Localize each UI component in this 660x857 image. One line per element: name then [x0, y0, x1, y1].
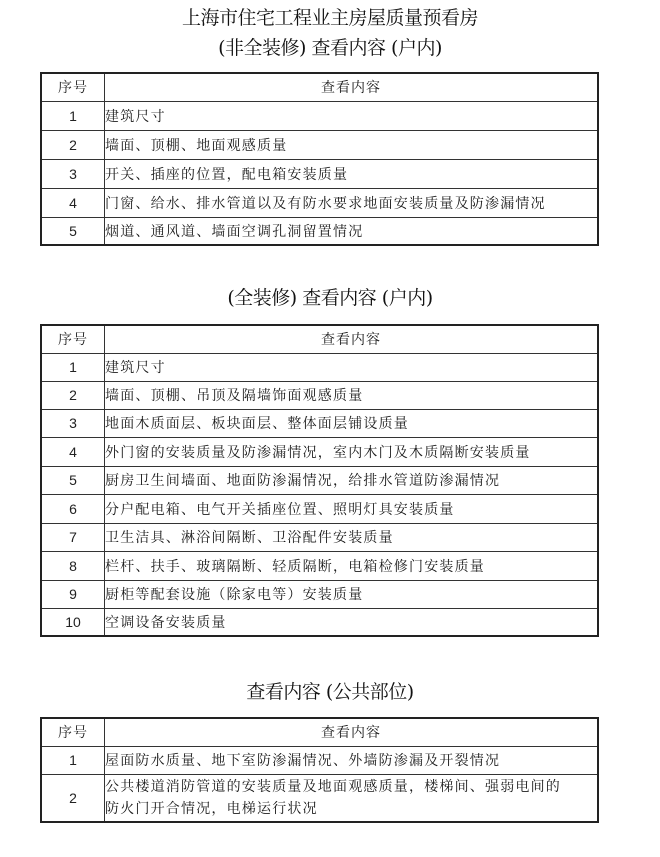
table-row: 2 墙面、顶棚、吊顶及隔墙饰面观感质量	[41, 381, 598, 409]
table-row: 7 卫生洁具、淋浴间隔断、卫浴配件安装质量	[41, 523, 598, 551]
row-content: 地面木质面层、板块面层、整体面层铺设质量	[105, 409, 599, 437]
row-content: 厨房卫生间墙面、地面防渗漏情况，给排水管道防渗漏情况	[105, 466, 599, 494]
section-heading-non-furnished: (非全装修) 查看内容 (户内)	[0, 36, 660, 60]
table-row: 6 分户配电箱、电气开关插座位置、照明灯具安装质量	[41, 494, 598, 523]
table-header-row: 序号 查看内容	[41, 325, 598, 353]
row-number: 3	[41, 409, 105, 437]
row-number: 2	[41, 774, 105, 822]
table-row: 1 建筑尺寸	[41, 101, 598, 130]
column-header-content: 查看内容	[105, 325, 599, 353]
table-row: 4 门窗、给水、排水管道以及有防水要求地面安装质量及防渗漏情况	[41, 188, 598, 217]
row-content: 墙面、顶棚、地面观感质量	[105, 130, 599, 159]
row-content: 厨柜等配套设施（除家电等）安装质量	[105, 580, 599, 608]
row-number: 2	[41, 130, 105, 159]
row-content-line-1: 公共楼道消防管道的安装质量及地面观感质量，楼梯间、强弱电间的	[105, 776, 597, 798]
table-row: 4 外门窗的安装质量及防渗漏情况，室内木门及木质隔断安装质量	[41, 437, 598, 466]
column-header-number: 序号	[41, 718, 105, 746]
row-content: 烟道、通风道、墙面空调孔洞留置情况	[105, 217, 599, 245]
row-number: 6	[41, 494, 105, 523]
section-heading-furnished: (全装修) 查看内容 (户内)	[0, 286, 660, 310]
document-title: 上海市住宅工程业主房屋质量预看房	[0, 6, 660, 30]
row-number: 1	[41, 101, 105, 130]
row-content-line-2: 防火门开合情况，电梯运行状况	[105, 798, 597, 820]
table-furnished-indoor: 序号 查看内容 1 建筑尺寸 2 墙面、顶棚、吊顶及隔墙饰面观感质量 3 地面木…	[40, 324, 599, 637]
row-content: 公共楼道消防管道的安装质量及地面观感质量，楼梯间、强弱电间的 防火门开合情况，电…	[105, 774, 599, 822]
table-row: 5 烟道、通风道、墙面空调孔洞留置情况	[41, 217, 598, 245]
row-number: 7	[41, 523, 105, 551]
column-header-content: 查看内容	[105, 73, 599, 101]
table-row: 1 屋面防水质量、地下室防渗漏情况、外墙防渗漏及开裂情况	[41, 746, 598, 774]
row-number: 4	[41, 437, 105, 466]
table-row: 1 建筑尺寸	[41, 353, 598, 381]
row-content: 墙面、顶棚、吊顶及隔墙饰面观感质量	[105, 381, 599, 409]
section-heading-public-areas: 查看内容 (公共部位)	[0, 680, 660, 704]
row-number: 5	[41, 466, 105, 494]
row-content: 建筑尺寸	[105, 101, 599, 130]
table-header-row: 序号 查看内容	[41, 718, 598, 746]
row-number: 5	[41, 217, 105, 245]
row-content: 分户配电箱、电气开关插座位置、照明灯具安装质量	[105, 494, 599, 523]
table-row: 2 公共楼道消防管道的安装质量及地面观感质量，楼梯间、强弱电间的 防火门开合情况…	[41, 774, 598, 822]
row-number: 10	[41, 608, 105, 636]
table-row: 3 地面木质面层、板块面层、整体面层铺设质量	[41, 409, 598, 437]
column-header-number: 序号	[41, 73, 105, 101]
row-number: 9	[41, 580, 105, 608]
row-content: 开关、插座的位置，配电箱安装质量	[105, 159, 599, 188]
row-content: 门窗、给水、排水管道以及有防水要求地面安装质量及防渗漏情况	[105, 188, 599, 217]
table-public-areas: 序号 查看内容 1 屋面防水质量、地下室防渗漏情况、外墙防渗漏及开裂情况 2 公…	[40, 717, 599, 823]
table-row: 2 墙面、顶棚、地面观感质量	[41, 130, 598, 159]
row-number: 8	[41, 551, 105, 580]
row-number: 2	[41, 381, 105, 409]
row-content: 空调设备安装质量	[105, 608, 599, 636]
column-header-content: 查看内容	[105, 718, 599, 746]
table-non-furnished-indoor: 序号 查看内容 1 建筑尺寸 2 墙面、顶棚、地面观感质量 3 开关、插座的位置…	[40, 72, 599, 246]
row-content: 卫生洁具、淋浴间隔断、卫浴配件安装质量	[105, 523, 599, 551]
row-content: 屋面防水质量、地下室防渗漏情况、外墙防渗漏及开裂情况	[105, 746, 599, 774]
row-number: 1	[41, 353, 105, 381]
row-number: 1	[41, 746, 105, 774]
table-header-row: 序号 查看内容	[41, 73, 598, 101]
row-content: 外门窗的安装质量及防渗漏情况，室内木门及木质隔断安装质量	[105, 437, 599, 466]
row-number: 3	[41, 159, 105, 188]
table-row: 3 开关、插座的位置，配电箱安装质量	[41, 159, 598, 188]
table-row: 10 空调设备安装质量	[41, 608, 598, 636]
table-row: 9 厨柜等配套设施（除家电等）安装质量	[41, 580, 598, 608]
table-row: 5 厨房卫生间墙面、地面防渗漏情况，给排水管道防渗漏情况	[41, 466, 598, 494]
column-header-number: 序号	[41, 325, 105, 353]
table-row: 8 栏杆、扶手、玻璃隔断、轻质隔断，电箱检修门安装质量	[41, 551, 598, 580]
row-number: 4	[41, 188, 105, 217]
row-content: 建筑尺寸	[105, 353, 599, 381]
row-content: 栏杆、扶手、玻璃隔断、轻质隔断，电箱检修门安装质量	[105, 551, 599, 580]
